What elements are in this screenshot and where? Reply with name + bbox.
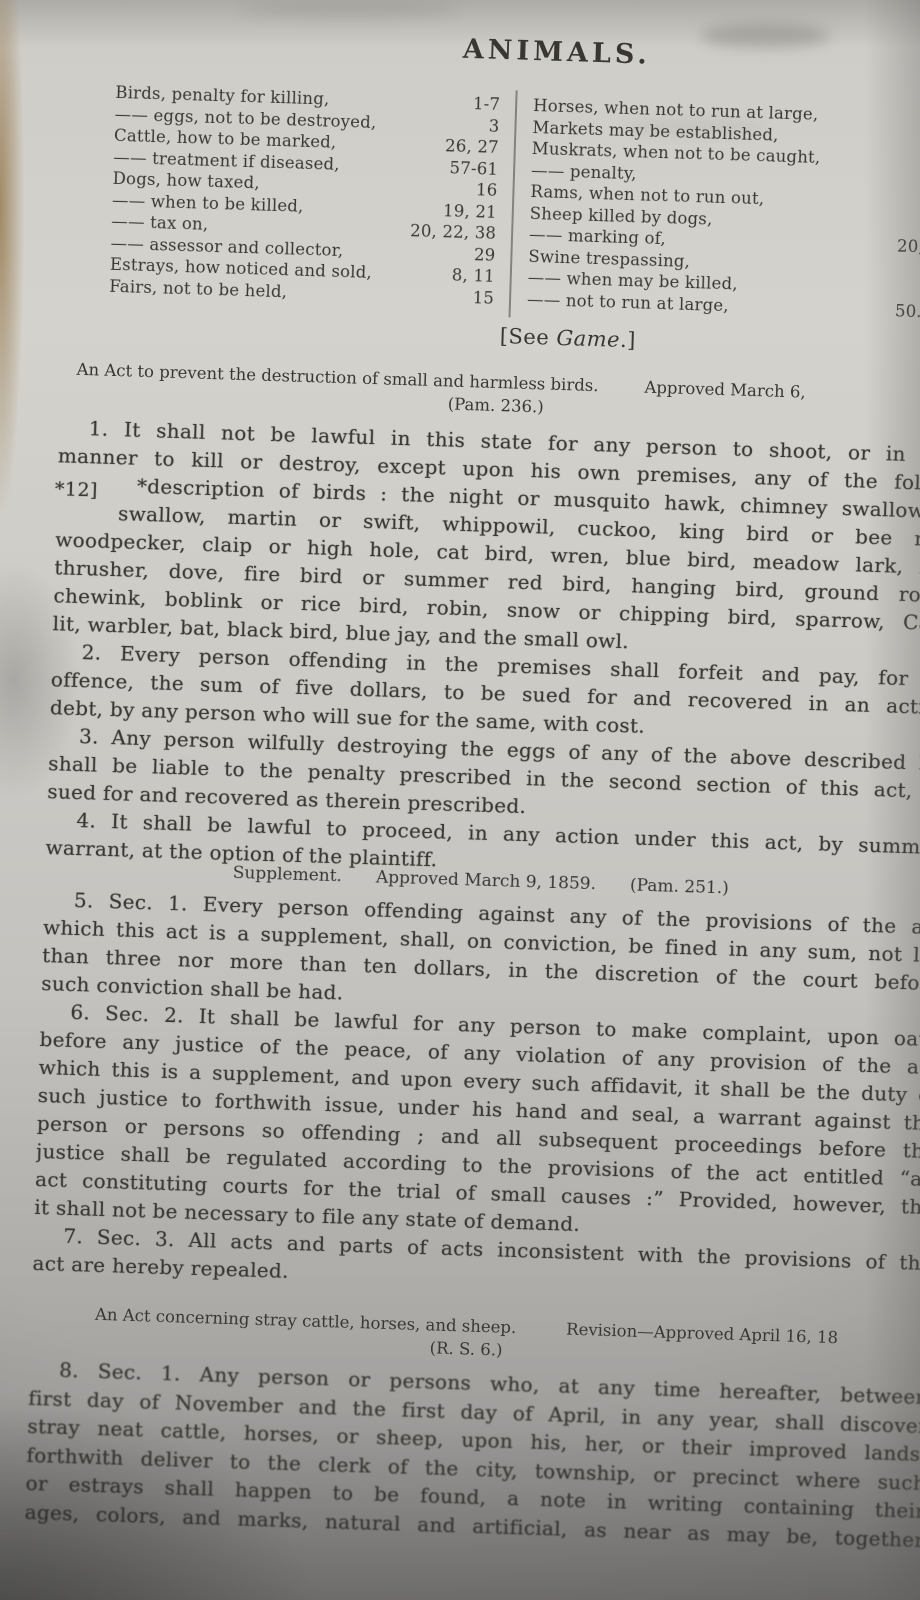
statute-paragraph: 6. Sec. 2. It shall be lawful for any pe… <box>20 997 920 1250</box>
statute-paragraphs-birds: *12]1. It shall not be lawful in this st… <box>31 413 920 891</box>
book-page: ANIMALS. Birds, penalty for killing,1-7—… <box>10 8 920 1555</box>
cross-reference-post: .] <box>620 328 637 352</box>
index-entry-pages: 19, 21 <box>433 199 497 222</box>
page-title: ANIMALS. <box>107 24 920 82</box>
index-entry-pages: 26, 27 <box>435 135 499 158</box>
cross-reference-term: Game <box>556 326 620 352</box>
book-page-photo: ANIMALS. Birds, penalty for killing,1-7—… <box>0 0 920 1600</box>
index-entry-pages <box>912 279 920 301</box>
cross-reference-pre: [See <box>499 324 556 350</box>
index-entry-label: Fairs, not to be held, <box>109 275 288 302</box>
index-left-column: Birds, penalty for killing,1-7—— eggs, n… <box>109 82 501 309</box>
subject-index: Birds, penalty for killing,1-7—— eggs, n… <box>49 80 920 324</box>
index-entry-pages: 20, <box>887 235 920 258</box>
index-entry-pages <box>916 172 920 194</box>
index-divider <box>509 90 518 317</box>
index-entry-pages: 57-61 <box>439 157 498 180</box>
index-entry-pages: 50. <box>885 300 920 323</box>
index-entry-pages <box>915 193 920 215</box>
supplement-word: Supplement. <box>232 861 342 888</box>
statute-paragraphs-supplement: 5. Sec. 1. Every person offending agains… <box>18 885 920 1307</box>
index-entry-pages: 3 <box>478 115 499 137</box>
statute-paragraphs-strays: 8. Sec. 1. Any person or persons who, at… <box>10 1354 920 1555</box>
index-entry-label: —— tax on, <box>111 211 209 236</box>
index-entry-pages: 20, 22, 38 <box>400 220 497 245</box>
margin-note: *12] <box>54 475 98 504</box>
statute-paragraph: *12]1. It shall not be lawful in this st… <box>38 413 920 666</box>
index-entry-pages <box>916 150 920 172</box>
statute-paragraph: 8. Sec. 1. Any person or persons who, at… <box>10 1354 920 1554</box>
supplement-citation: (Pam. 251.) <box>630 873 730 900</box>
index-entry-pages: 29 <box>464 243 496 265</box>
index-entry-pages: 16 <box>466 179 498 201</box>
index-entry-pages <box>913 257 920 279</box>
index-entry-pages: 1-7 <box>463 93 501 116</box>
index-entry-pages <box>914 215 920 237</box>
index-entry-pages: 8, 11 <box>441 264 495 287</box>
index-right-column: Horses, when not to run at large,Markets… <box>527 95 920 322</box>
index-entry-pages: 15 <box>462 286 494 308</box>
